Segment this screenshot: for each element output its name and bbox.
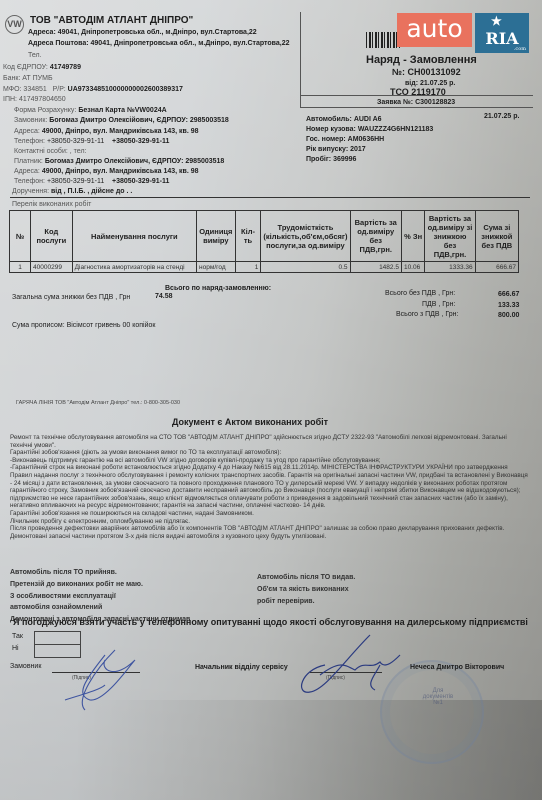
cell-price: 1482.5: [350, 262, 401, 273]
company-edrpou: Код ЄДРПОУ: 41749789: [3, 64, 81, 71]
vehicle-model: Автомобиль: AUDI A6: [306, 116, 382, 123]
autoria-logo-auto: auto: [397, 13, 472, 47]
column-header: Найменування послуги: [72, 211, 196, 262]
with-vat-label: Всього з ПДВ , Грн:: [396, 311, 458, 318]
column-header: Трудомісткість (кількість,об'єм,обсяг) п…: [261, 211, 350, 262]
cell-name: Діагностика амортизаторів на стенді: [72, 262, 196, 273]
acceptance-line: Автомобіль після ТО прийняв.: [10, 567, 190, 579]
table-row: 140000299Діагностика амортизаторів на ст…: [10, 262, 519, 273]
proxy: Доручення: від , П.І.Б. , дійсне до . .: [12, 188, 132, 195]
cell-qty: 1: [235, 262, 261, 273]
acceptance-line: Претензій до виконаних робіт не маю.: [10, 579, 190, 591]
cell-code: 40000299: [31, 262, 73, 273]
cell-unit: норм/год: [197, 262, 236, 273]
payer-phone: Телефон: +38050-329-91-11 +38050-329-91-…: [14, 178, 169, 185]
no-vat-value: 666.67: [498, 291, 519, 298]
column-header: % Зн: [401, 211, 424, 262]
company-bank: Банк: АТ ПУМБ: [3, 75, 53, 82]
vehicle-plate: Гос. номер: AM0636HH: [306, 136, 384, 143]
acceptance-line: Автомобіль після ТО видав.: [257, 572, 355, 584]
acceptance-line: З особливостями експлуатації: [10, 591, 190, 603]
act-paragraph: Лічильник пробігу є електронним, опломбу…: [10, 518, 530, 526]
vat-value: 133.33: [498, 302, 519, 309]
column-header: №: [10, 211, 31, 262]
contact-persons: Контактні особи: , тел:: [14, 148, 86, 155]
sum-in-words: Сума прописом: Вісімсот гривень 00 копій…: [12, 322, 155, 329]
act-paragraph: Демонтовані запасні частини протягом 3-х…: [10, 533, 530, 541]
company-postal-address: Адреса Поштова: 49041, Дніпропетровська …: [28, 40, 289, 47]
order-number: №: CH00131092: [392, 67, 461, 77]
autoria-logo-ria: ★RIA.com: [475, 13, 529, 53]
works-table: №Код послугиНайменування послугиОдиниця …: [9, 210, 519, 273]
survey-no-label: Ні: [12, 645, 19, 652]
survey-text: Я погоджуюся взяти участь у телефонному …: [13, 617, 528, 627]
hotline: ГАРЯЧА ЛІНІЯ ТОВ "Автодім Атлант Дніпро"…: [16, 400, 180, 406]
customer-address: Адреса: 49000, Дніпро, вул. Мандриківськ…: [14, 128, 199, 135]
column-header: Код послуги: [31, 211, 73, 262]
date-right: 21.07.25 р.: [484, 113, 519, 120]
order-title: Наряд - Замовлення: [366, 54, 477, 66]
cell-disc: 10.06: [401, 262, 424, 273]
no-vat-label: Всього без ПДВ , Грн:: [385, 290, 455, 297]
company-mfo-iban: МФО: 334851 Р/Р: UA973348510000000002600…: [3, 86, 183, 93]
column-header: Вартість за од.виміру без ПДВ,грн.: [350, 211, 401, 262]
payer: Платник: Богомаз Дмитро Олексійович, ЄДР…: [14, 158, 224, 165]
order-tco: ТСО 2119170: [390, 87, 446, 97]
divider: [10, 197, 530, 198]
act-paragraph: Після проведення дефектовки аварійних ав…: [10, 525, 530, 533]
order-date: від: 21.07.25 р.: [405, 80, 455, 87]
company-ipn: ІПН: 417497804650: [3, 96, 66, 103]
act-paragraph: Ремонт та технічне обслуговування автомо…: [10, 434, 530, 449]
vehicle-year: Рік випуску: 2017: [306, 146, 366, 153]
works-title: Перелік виконаних робіт: [12, 201, 91, 208]
column-header: Сума зі знижкой без ПДВ: [475, 211, 518, 262]
cell-labor: 0.5: [261, 262, 350, 273]
company-name: ТОВ "АВТОДІМ АТЛАНТ ДНІПРО": [30, 15, 193, 26]
payer-address: Адреса: 49000, Дніпро, вул. Мандриківськ…: [14, 168, 199, 175]
service-head-name: Нечеса Дмитро Вікторович: [410, 664, 504, 671]
cell-price_disc: 1333.36: [425, 262, 475, 273]
act-paragraph: Гарантійні зобов'язання не поширюються н…: [10, 510, 530, 518]
totals-heading: Всього по наряд-замовленню:: [165, 285, 271, 292]
company-phone: Тел.: [28, 52, 42, 59]
cell-sum: 666.67: [475, 262, 518, 273]
with-vat-value: 800.00: [498, 312, 519, 319]
company-address: Адреса: 49041, Дніпропетровська обл., м.…: [28, 29, 257, 36]
act-text: Ремонт та технічне обслуговування автомо…: [10, 434, 530, 540]
acceptance-line: Об'єм та якість виконаних: [257, 584, 355, 596]
act-title: Документ є Актом виконаних робіт: [172, 417, 328, 427]
volkswagen-logo-icon: VW: [5, 15, 24, 34]
order-request: Заявка №: C300128823: [377, 99, 455, 106]
vehicle-mileage: Пробіг: 369996: [306, 156, 356, 163]
vehicle-vin: Номер кузова: WAUZZZ4G6HN121183: [306, 126, 433, 133]
act-paragraph: Гарантійні зобов'язання (діють за умови …: [10, 449, 530, 457]
customer-sign-label: Замовник: [10, 663, 41, 670]
customer-signature: [45, 640, 145, 715]
cell-n: 1: [10, 262, 31, 273]
payment-form: Форма Розрахунку: Безнал Карта №VW0024A: [14, 107, 167, 114]
acceptance-line: робіт перевірив.: [257, 596, 355, 608]
vat-label: ПДВ , Грн:: [422, 301, 455, 308]
act-paragraph: -Гарантійний строк на виконані роботи вс…: [10, 464, 530, 510]
acceptance-line: автомобіля ознайомлений: [10, 602, 190, 614]
barcode: [366, 32, 400, 48]
customer: Замовник: Богомаз Дмитро Олексійович, ЄД…: [14, 117, 229, 124]
survey-yes-label: Так: [12, 633, 23, 640]
service-head-label: Начальник відділу сервісу: [195, 664, 288, 671]
column-header: Одиниця виміру: [197, 211, 236, 262]
service-head-signature: [285, 630, 420, 700]
star-icon: ★: [491, 15, 502, 27]
customer-phone: Телефон: +38050-329-91-11 +38050-329-91-…: [14, 138, 169, 145]
acceptance-right: Автомобіль після ТО видав.Об'єм та якіст…: [257, 572, 355, 607]
discount-value: 74.58: [155, 293, 173, 300]
discount-label: Загальна сума знижки без ПДВ , Грн: [12, 294, 130, 301]
column-header: Вартість за од.виміру зі знижкою без ПДВ…: [425, 211, 475, 262]
stamp-text: Для документів №1: [418, 688, 458, 706]
column-header: Кіл-ть: [235, 211, 261, 262]
